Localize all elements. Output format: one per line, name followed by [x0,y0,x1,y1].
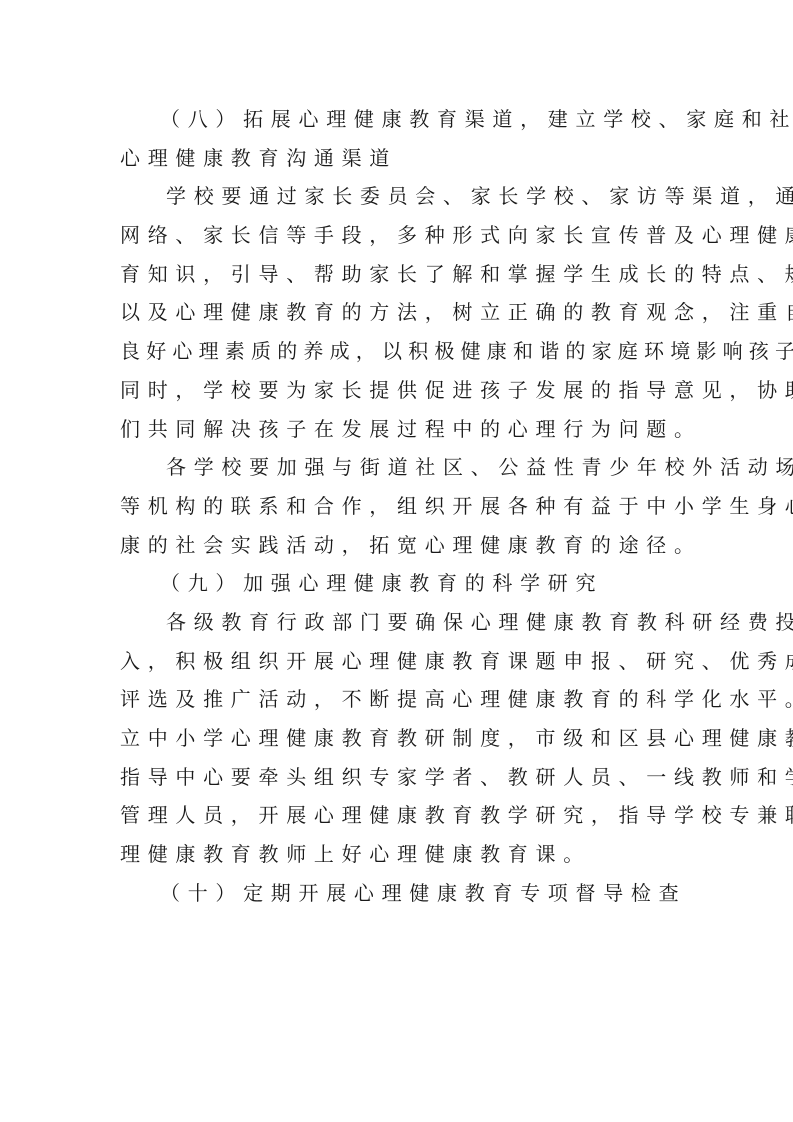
paragraph-line: 康的社会实践活动，拓宽心理健康教育的途径。 [120,526,680,565]
paragraph-line: 管理人员，开展心理健康教育教学研究，指导学校专兼职心 [120,796,680,835]
paragraph-line: 学校要通过家长委员会、家长学校、家访等渠道，通过 [120,177,680,216]
paragraph-line: 同时，学校要为家长提供促进孩子发展的指导意见，协助他 [120,371,680,410]
paragraph-line: 等机构的联系和合作，组织开展各种有益于中小学生身心健 [120,487,680,526]
paragraph-line: 立中小学心理健康教育教研制度，市级和区县心理健康教育 [120,719,680,758]
paragraph-line: 各级教育行政部门要确保心理健康教育教科研经费投 [120,603,680,642]
paragraph-line: 育知识，引导、帮助家长了解和掌握学生成长的特点、规律 [120,255,680,294]
paragraph-line: 各学校要加强与街道社区、公益性青少年校外活动场所 [120,448,680,487]
paragraph-line: 指导中心要牵头组织专家学者、教研人员、一线教师和学校 [120,758,680,797]
paragraph-line: 评选及推广活动，不断提高心理健康教育的科学化水平。建 [120,680,680,719]
section-heading-10: （十）定期开展心理健康教育专项督导检查 [120,874,680,913]
paragraph-line: 网络、家长信等手段，多种形式向家长宣传普及心理健康教 [120,216,680,255]
paragraph-line: 以及心理健康教育的方法，树立正确的教育观念，注重自身 [120,293,680,332]
paragraph-line: 良好心理素质的养成，以积极健康和谐的家庭环境影响孩子。 [120,332,680,371]
section-heading-8-line-2: 心理健康教育沟通渠道 [120,139,680,178]
paragraph-line: 入，积极组织开展心理健康教育课题申报、研究、优秀成果 [120,642,680,681]
document-page: （八）拓展心理健康教育渠道，建立学校、家庭和社会 心理健康教育沟通渠道 学校要通… [120,100,680,912]
paragraph-line: 们共同解决孩子在发展过程中的心理行为问题。 [120,410,680,449]
paragraph-line: 理健康教育教师上好心理健康教育课。 [120,835,680,874]
section-heading-9: （九）加强心理健康教育的科学研究 [120,564,680,603]
section-heading-8-line-1: （八）拓展心理健康教育渠道，建立学校、家庭和社会 [120,100,680,139]
